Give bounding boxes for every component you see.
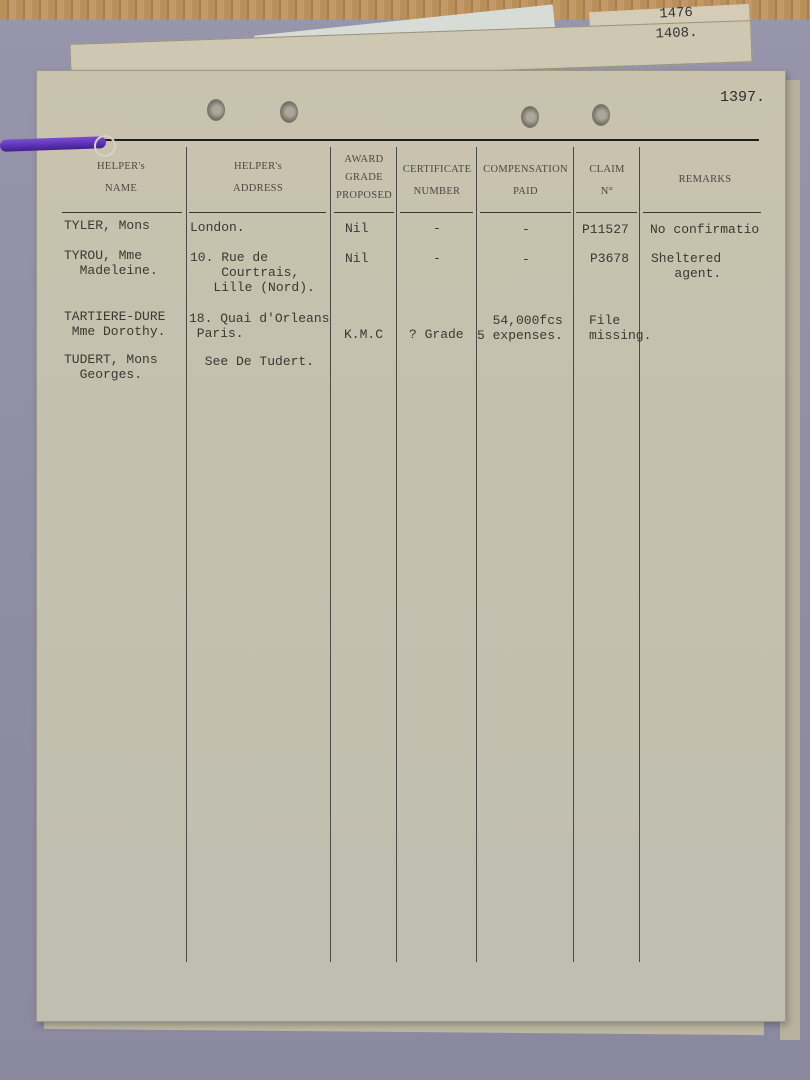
- helper-address: 10. Rue de Courtrais, Lille (Nord).: [190, 250, 315, 295]
- compensation-paid: -: [522, 252, 530, 267]
- claim-number: P11527: [582, 222, 629, 237]
- remarks: Sheltered agent.: [651, 251, 721, 281]
- header-helpers-address: HELPER's ADDRESS: [189, 157, 327, 198]
- record-card: 1397. HELPER's NAME HELPER's ADDRESS AWA…: [36, 70, 786, 1022]
- header-line: REMARKS: [640, 170, 770, 189]
- punch-hole-icon: [521, 106, 539, 128]
- helper-address: 18. Quai d'Orleans Paris.: [189, 311, 329, 341]
- certificate-number: -: [433, 251, 441, 266]
- header-rule: [99, 139, 759, 141]
- column-divider: [186, 147, 187, 962]
- column-divider: [396, 147, 397, 962]
- column-divider: [330, 147, 331, 962]
- remarks: No confirmatio: [650, 222, 780, 237]
- punch-hole-icon: [592, 104, 610, 126]
- header-line: AWARD: [331, 151, 397, 169]
- header-certificate-number: CERTIFICATE NUMBER: [397, 160, 477, 201]
- header-line: PAID: [477, 182, 574, 201]
- header-underline: [189, 212, 326, 213]
- header-remarks: REMARKS: [640, 170, 770, 189]
- header-award-grade: AWARD GRADE PROPOSED: [331, 151, 397, 205]
- header-underline: [62, 212, 182, 213]
- column-divider: [573, 147, 574, 962]
- header-line: CLAIM: [574, 160, 640, 179]
- claim-number: P3678: [590, 251, 629, 266]
- compensation-paid: 54,000fcs 5 expenses.: [477, 313, 563, 343]
- header-line: GRADE: [331, 169, 397, 187]
- claim-number: File missing.: [589, 313, 651, 343]
- header-underline: [400, 212, 473, 213]
- background-sheet-number: 1408.: [655, 25, 698, 42]
- helper-name: TARTIERE-DURE Mme Dorothy.: [64, 309, 165, 339]
- header-claim-no: CLAIM N°: [574, 160, 640, 201]
- header-underline: [643, 212, 761, 213]
- punch-hole-icon: [280, 101, 298, 123]
- header-underline: [334, 212, 394, 213]
- header-line: COMPENSATION: [477, 160, 574, 179]
- eyelet-icon: [94, 135, 116, 157]
- award-grade: Nil: [345, 221, 368, 236]
- header-underline: [576, 212, 637, 213]
- header-underline: [480, 212, 571, 213]
- helper-address: London.: [190, 220, 245, 235]
- header-compensation-paid: COMPENSATION PAID: [477, 160, 574, 201]
- header-line: ADDRESS: [189, 179, 327, 198]
- header-line: CERTIFICATE: [397, 160, 477, 179]
- column-divider: [639, 147, 640, 962]
- header-line: NUMBER: [397, 182, 477, 201]
- helper-name: TYLER, Mons: [64, 218, 150, 233]
- header-line: PROPOSED: [331, 187, 397, 205]
- header-line: HELPER's: [189, 157, 327, 176]
- certificate-number: -: [433, 221, 441, 236]
- column-divider: [476, 147, 477, 962]
- helper-address: See De Tudert.: [197, 354, 314, 369]
- award-grade: Nil: [345, 251, 368, 266]
- award-grade: K.M.C: [344, 327, 383, 342]
- punch-hole-icon: [207, 99, 225, 121]
- page-number: 1397.: [720, 89, 765, 106]
- helper-name: TYROU, Mme Madeleine.: [64, 248, 158, 278]
- header-line: HELPER's: [59, 157, 183, 176]
- header-helpers-name: HELPER's NAME: [59, 157, 183, 198]
- helper-name: TUDERT, Mons Georges.: [64, 352, 158, 382]
- header-line: NAME: [59, 179, 183, 198]
- header-line: N°: [574, 182, 640, 201]
- certificate-number: ? Grade: [409, 327, 464, 342]
- background-sheet-number: 1476: [659, 5, 693, 23]
- compensation-paid: -: [522, 222, 530, 237]
